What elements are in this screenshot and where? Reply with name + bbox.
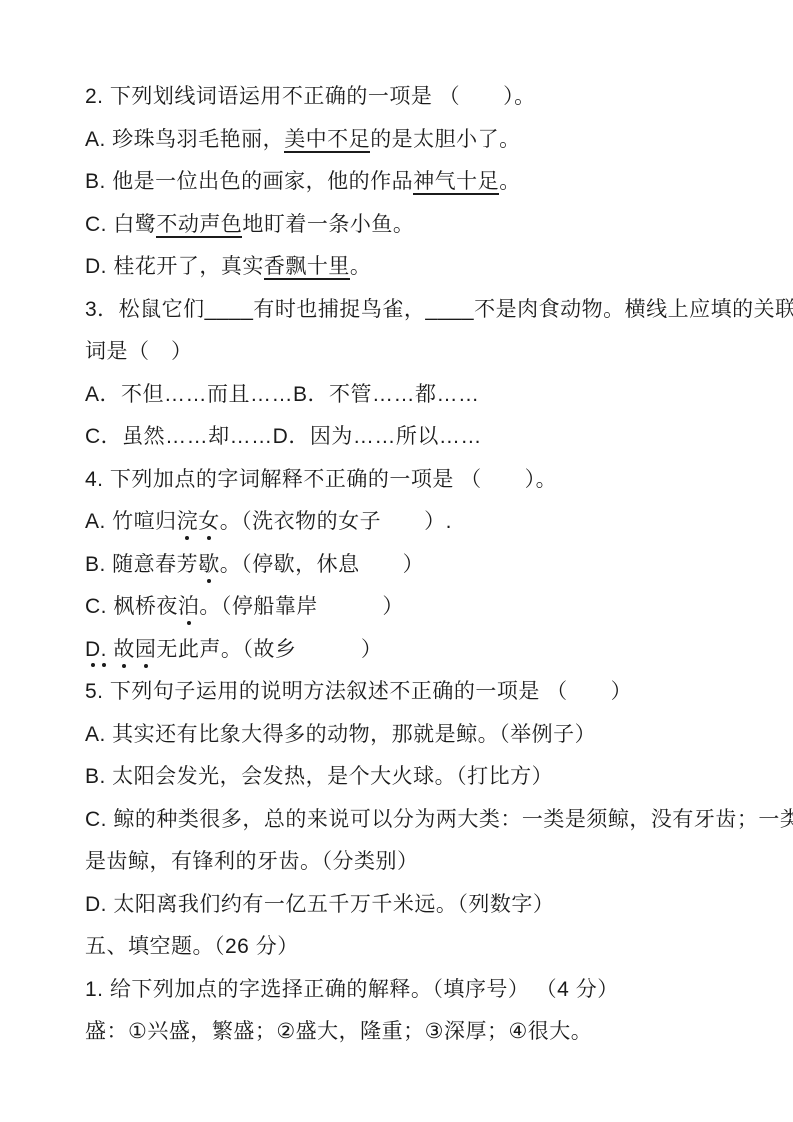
q4-option-c: C. 枫桥夜泊。（停船靠岸 ） xyxy=(85,586,753,629)
text-segment: 。（停船靠岸 ） xyxy=(199,595,404,618)
text-segment: 的是太胆小了。 xyxy=(370,128,521,151)
q4-option-b: B. 随意春芳歇。（停歇，休息 ） xyxy=(85,544,753,587)
text-segment: A. 竹喧归 xyxy=(85,510,177,533)
option-column: A．不但……而且…… xyxy=(85,374,293,417)
text-segment: 4. 下列加点的字词解释不正确的一项是 （ ）。 xyxy=(85,468,557,491)
text-segment: D．因为……所以…… xyxy=(273,425,482,448)
text-segment: C. 白鹭 xyxy=(85,213,156,236)
text-segment: D. 桂花开了，真实 xyxy=(85,255,264,278)
text-segment: 3．松鼠它们____有时也捕捉鸟雀，____不是肉食动物。横线上应填的关联 xyxy=(85,298,793,321)
emphasized-char: 浣 xyxy=(177,505,199,535)
q3-options-ab: A．不但……而且……B．不管……都…… xyxy=(85,374,753,417)
q5-stem: 5. 下列句子运用的说明方法叙述不正确的一项是 （ ） xyxy=(85,671,753,714)
section5-q1-item-sheng: 盛：①兴盛，繁盛；②盛大，隆重；③深厚；④很大。 xyxy=(85,1011,753,1054)
text-segment: 无此声。（故乡 ） xyxy=(156,638,382,661)
q4-stem: 4. 下列加点的字词解释不正确的一项是 （ ）。 xyxy=(85,459,753,502)
emphasized-char: 女 xyxy=(198,505,220,535)
text-segment: B. 他是一位出色的画家，他的作品 xyxy=(85,170,413,193)
q2-stem: 2. 下列划线词语运用不正确的一项是 （ ）。 xyxy=(85,76,753,119)
text-segment: 五、填空题。（26 分） xyxy=(85,935,299,958)
q5-option-d: D. 太阳离我们约有一亿五千万千米远。（列数字） xyxy=(85,884,753,927)
text-segment: C. 鲸的种类很多，总的来说可以分为两大类：一类是须鲸，没有牙齿；一类 xyxy=(85,808,793,831)
q4-option-d: D. 故园无此声。（故乡 ） xyxy=(85,629,753,672)
emphasized-char: . xyxy=(101,638,107,662)
section-5-heading: 五、填空题。（26 分） xyxy=(85,926,753,969)
underlined-phrase: 香飘十里 xyxy=(264,255,350,280)
section5-q1-stem: 1. 给下列加点的字选择正确的解释。（填序号） （4 分） xyxy=(85,969,753,1012)
q2-option-d: D. 桂花开了，真实香飘十里。 xyxy=(85,246,753,289)
text-segment: 词是（ ） xyxy=(85,340,193,363)
q4-option-a: A. 竹喧归浣女。（洗衣物的女子 ）. xyxy=(85,501,753,544)
text-segment: 是齿鲸，有锋利的牙齿。（分类别） xyxy=(85,850,419,873)
page-content: 2. 下列划线词语运用不正确的一项是 （ ）。A. 珍珠鸟羽毛艳丽，美中不足的是… xyxy=(0,0,793,1054)
q5-option-c-line-1: C. 鲸的种类很多，总的来说可以分为两大类：一类是须鲸，没有牙齿；一类 xyxy=(85,799,753,842)
q3-stem-line-2: 词是（ ） xyxy=(85,331,753,374)
text-lines: 2. 下列划线词语运用不正确的一项是 （ ）。A. 珍珠鸟羽毛艳丽，美中不足的是… xyxy=(85,76,753,1054)
text-segment: 地盯着一条小鱼。 xyxy=(242,213,414,236)
text-segment: B. 随意春芳 xyxy=(85,553,198,576)
emphasized-char: 故 xyxy=(113,633,135,663)
q5-option-b: B. 太阳会发光，会发热，是个大火球。（打比方） xyxy=(85,756,753,799)
text-segment: 。（停歇，休息 ） xyxy=(220,553,425,576)
q2-option-a: A. 珍珠鸟羽毛艳丽，美中不足的是太胆小了。 xyxy=(85,119,753,162)
q5-option-a: A. 其实还有比象大得多的动物，那就是鲸。（举例子） xyxy=(85,714,753,757)
text-segment: 。（洗衣物的女子 ）. xyxy=(220,510,452,533)
q3-stem-line-1: 3．松鼠它们____有时也捕捉鸟雀，____不是肉食动物。横线上应填的关联 xyxy=(85,289,753,332)
text-segment: 1. 给下列加点的字选择正确的解释。（填序号） （4 分） xyxy=(85,978,619,1001)
option-column: C．虽然……却…… xyxy=(85,416,273,459)
text-segment: 2. 下列划线词语运用不正确的一项是 （ ）。 xyxy=(85,85,536,108)
text-segment: B．不管……都…… xyxy=(293,383,480,406)
text-segment: 5. 下列句子运用的说明方法叙述不正确的一项是 （ ） xyxy=(85,680,632,703)
document-page: 2. 下列划线词语运用不正确的一项是 （ ）。A. 珍珠鸟羽毛艳丽，美中不足的是… xyxy=(0,0,793,1122)
emphasized-char: 泊 xyxy=(178,590,200,620)
q5-option-c-line-2: 是齿鲸，有锋利的牙齿。（分类别） xyxy=(85,841,753,884)
emphasized-char: D xyxy=(85,638,101,662)
text-segment: C. 枫桥夜 xyxy=(85,595,178,618)
underlined-phrase: 神气十足 xyxy=(413,170,499,195)
emphasized-char: 园 xyxy=(135,633,157,663)
underlined-phrase: 美中不足 xyxy=(284,128,370,153)
q2-option-c: C. 白鹭不动声色地盯着一条小鱼。 xyxy=(85,204,753,247)
text-segment: B. 太阳会发光，会发热，是个大火球。（打比方） xyxy=(85,765,553,788)
text-segment: A. 珍珠鸟羽毛艳丽， xyxy=(85,128,284,151)
underlined-phrase: 不动声色 xyxy=(156,213,242,238)
emphasized-char: 歇 xyxy=(198,548,220,578)
text-segment: A. 其实还有比象大得多的动物，那就是鲸。（举例子） xyxy=(85,723,596,746)
text-segment: 。 xyxy=(499,170,521,193)
text-segment: 盛：①兴盛，繁盛；②盛大，隆重；③深厚；④很大。 xyxy=(85,1020,592,1043)
text-segment: D. 太阳离我们约有一亿五千万千米远。（列数字） xyxy=(85,893,554,916)
q3-options-cd: C．虽然……却……D．因为……所以…… xyxy=(85,416,753,459)
text-segment: 。 xyxy=(350,255,372,278)
q2-option-b: B. 他是一位出色的画家，他的作品神气十足。 xyxy=(85,161,753,204)
